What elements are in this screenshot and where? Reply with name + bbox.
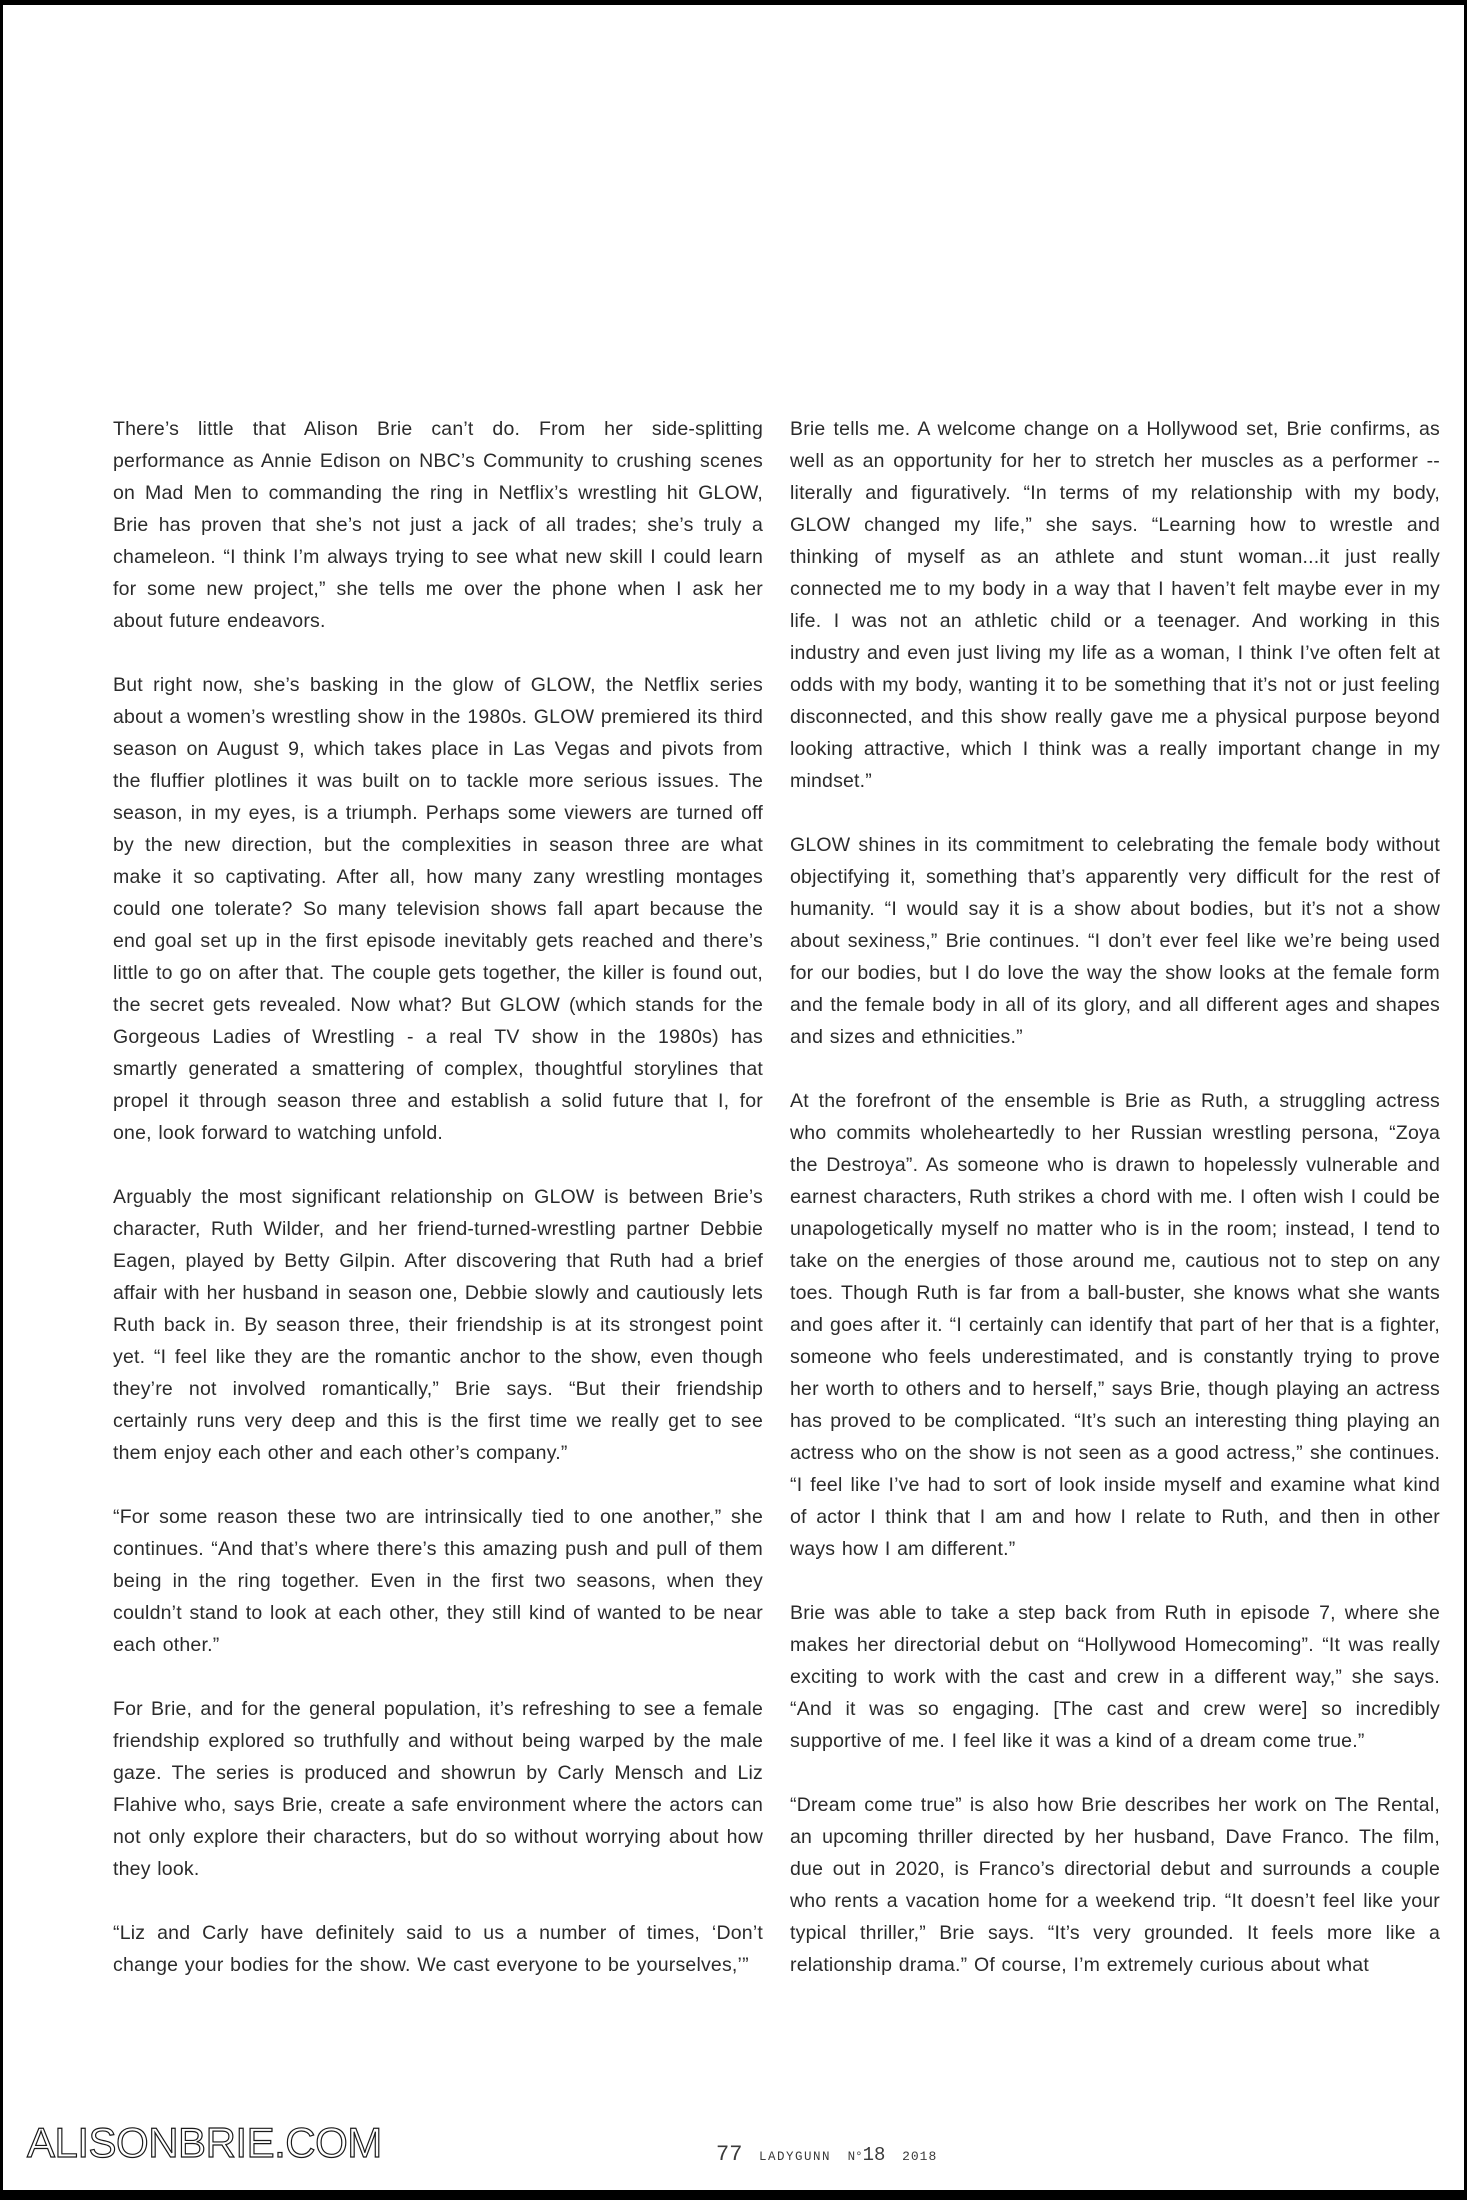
magazine-page: There’s little that Alison Brie can’t do… (0, 0, 1467, 2200)
article-paragraph: At the forefront of the ensemble is Brie… (790, 1085, 1440, 1565)
article-paragraph: “Dream come true” is also how Brie descr… (790, 1789, 1440, 1981)
article-body: There’s little that Alison Brie can’t do… (113, 413, 1440, 1981)
page-border-bottom (0, 2190, 1467, 2200)
article-paragraph: But right now, she’s basking in the glow… (113, 669, 763, 1149)
issue-number: 18 (863, 2144, 886, 2166)
article-paragraph: “For some reason these two are intrinsic… (113, 1501, 763, 1661)
article-paragraph: Brie tells me. A welcome change on a Hol… (790, 413, 1440, 797)
magazine-name: LADYGUNN (759, 2150, 831, 2164)
article-paragraph: Arguably the most significant relationsh… (113, 1181, 763, 1469)
article-paragraph: “Liz and Carly have definitely said to u… (113, 1917, 763, 1981)
article-column-left: There’s little that Alison Brie can’t do… (113, 413, 763, 1981)
page-number: 77 (716, 2142, 742, 2167)
page-border-left (0, 0, 3, 2200)
article-paragraph: There’s little that Alison Brie can’t do… (113, 413, 763, 637)
article-paragraph: GLOW shines in its commitment to celebra… (790, 829, 1440, 1053)
article-column-right: Brie tells me. A welcome change on a Hol… (790, 413, 1440, 1981)
issue-year: 2018 (902, 2149, 937, 2164)
page-folio: 77 LADYGUNN N°18 2018 (716, 2144, 937, 2166)
site-url-outline-text: ALISONBRIE.COM (27, 2122, 382, 2164)
article-paragraph: Brie was able to take a step back from R… (790, 1597, 1440, 1757)
article-paragraph: For Brie, and for the general population… (113, 1693, 763, 1885)
page-border-top (0, 0, 1467, 5)
issue-prefix: N° (848, 2150, 863, 2164)
